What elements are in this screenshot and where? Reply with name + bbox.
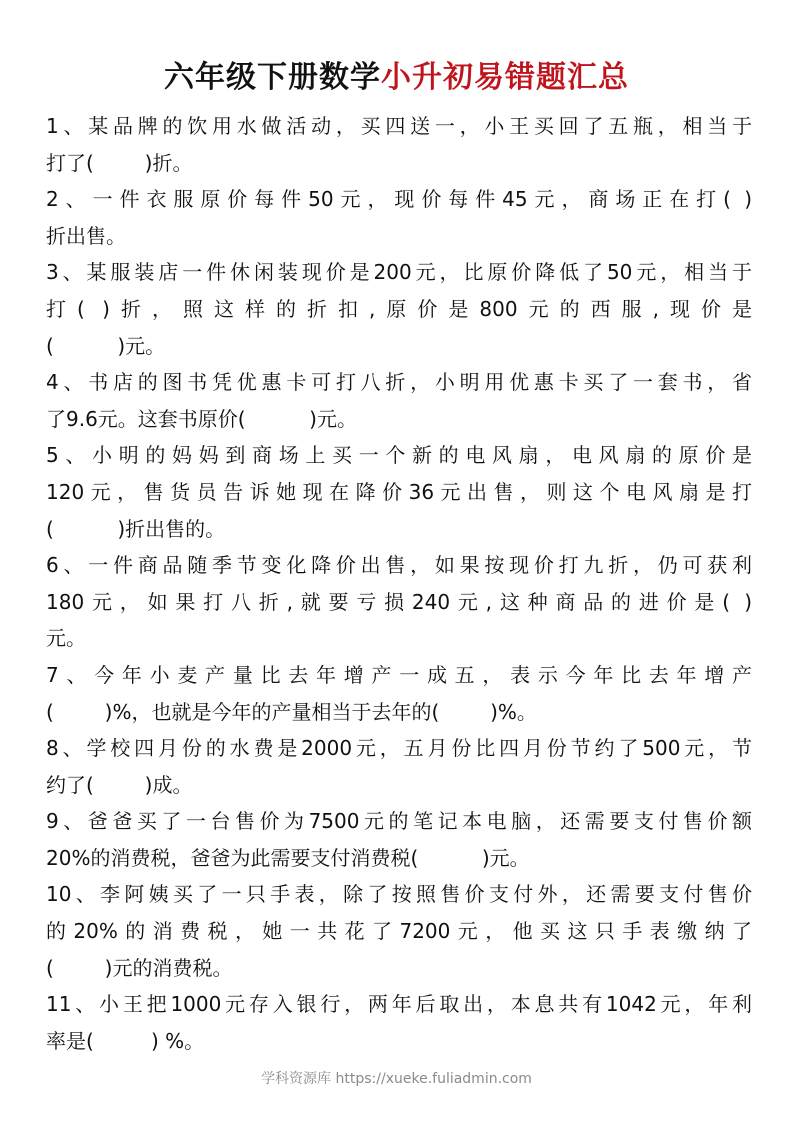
question-9: 9、爸爸买了一台售价为7500元的笔记本电脑，还需要支付售价额 20%的消费税，… (46, 803, 752, 876)
question-line: 了9.6元。这套书原价( )元。 (46, 401, 752, 438)
question-line: 1、某品牌的饮用水做活动，买四送一，小王买回了五瓶，相当于 (46, 108, 752, 145)
page-title-grade: 六年级下册数学 (164, 60, 381, 95)
question-7: 7、今年小麦产量比去年增产一成五，表示今年比去年增产 ( )%，也就是今年的产量… (46, 657, 752, 730)
question-2: 2、一件衣服原价每件50元，现价每件45元，商场正在打( ) 折出售。 (46, 181, 752, 254)
question-line: 11、小王把1000元存入银行，两年后取出，本息共有1042元，年利 (46, 986, 752, 1023)
question-line: 打了( )折。 (46, 145, 752, 182)
question-line: 10、李阿姨买了一只手表，除了按照售价支付外，还需要支付售价 (46, 876, 752, 913)
question-line: ( )折出售的。 (46, 511, 752, 548)
question-line: 2、一件衣服原价每件50元，现价每件45元，商场正在打( ) (46, 181, 752, 218)
question-line: 率是( ) %。 (46, 1023, 752, 1060)
question-1: 1、某品牌的饮用水做活动，买四送一，小王买回了五瓶，相当于 打了( )折。 (46, 108, 752, 181)
question-list: 1、某品牌的饮用水做活动，买四送一，小王买回了五瓶，相当于 打了( )折。 2、… (46, 108, 752, 1059)
question-line: 20%的消费税，爸爸为此需要支付消费税( )元。 (46, 840, 752, 877)
question-line: 约了( )成。 (46, 767, 752, 804)
question-line: 4、书店的图书凭优惠卡可打八折，小明用优惠卡买了一套书，省 (46, 364, 752, 401)
question-line: 8、学校四月份的水费是2000元，五月份比四月份节约了500元，节 (46, 730, 752, 767)
question-line: 元。 (46, 620, 752, 657)
footer-watermark: 学科资源库 https://xueke.fuliadmin.com (0, 1068, 793, 1088)
question-line: 打( )折，照这样的折扣,原价是800元的西服,现价是 (46, 291, 752, 328)
question-4: 4、书店的图书凭优惠卡可打八折，小明用优惠卡买了一套书，省 了9.6元。这套书原… (46, 364, 752, 437)
question-line: 3、某服装店一件休闲装现价是200元，比原价降低了50元，相当于 (46, 254, 752, 291)
question-line: 120元，售货员告诉她现在降价36元出售，则这个电风扇是打 (46, 474, 752, 511)
page-title: 六年级下册数学小升初易错题汇总 (0, 58, 793, 98)
question-line: 的20%的消费税，她一共花了7200元，他买这只手表缴纳了 (46, 913, 752, 950)
question-line: 9、爸爸买了一台售价为7500元的笔记本电脑，还需要支付售价额 (46, 803, 752, 840)
question-line: 7、今年小麦产量比去年增产一成五，表示今年比去年增产 (46, 657, 752, 694)
page-title-topic: 小升初易错题汇总 (381, 60, 629, 95)
question-line: 6、一件商品随季节变化降价出售，如果按现价打九折，仍可获利 (46, 547, 752, 584)
question-line: ( )%，也就是今年的产量相当于去年的( )%。 (46, 694, 752, 731)
question-5: 5、小明的妈妈到商场上买一个新的电风扇，电风扇的原价是 120元，售货员告诉她现… (46, 437, 752, 547)
question-line: ( )元的消费税。 (46, 950, 752, 987)
question-6: 6、一件商品随季节变化降价出售，如果按现价打九折，仍可获利 180元，如果打八折… (46, 547, 752, 657)
question-8: 8、学校四月份的水费是2000元，五月份比四月份节约了500元，节 约了( )成… (46, 730, 752, 803)
question-line: 折出售。 (46, 218, 752, 255)
question-line: 180元，如果打八折,就要亏损240元,这种商品的进价是( ) (46, 584, 752, 621)
question-11: 11、小王把1000元存入银行，两年后取出，本息共有1042元，年利 率是( )… (46, 986, 752, 1059)
question-line: 5、小明的妈妈到商场上买一个新的电风扇，电风扇的原价是 (46, 437, 752, 474)
question-10: 10、李阿姨买了一只手表，除了按照售价支付外，还需要支付售价 的20%的消费税，… (46, 876, 752, 986)
question-3: 3、某服装店一件休闲装现价是200元，比原价降低了50元，相当于 打( )折，照… (46, 254, 752, 364)
question-line: ( )元。 (46, 328, 752, 365)
